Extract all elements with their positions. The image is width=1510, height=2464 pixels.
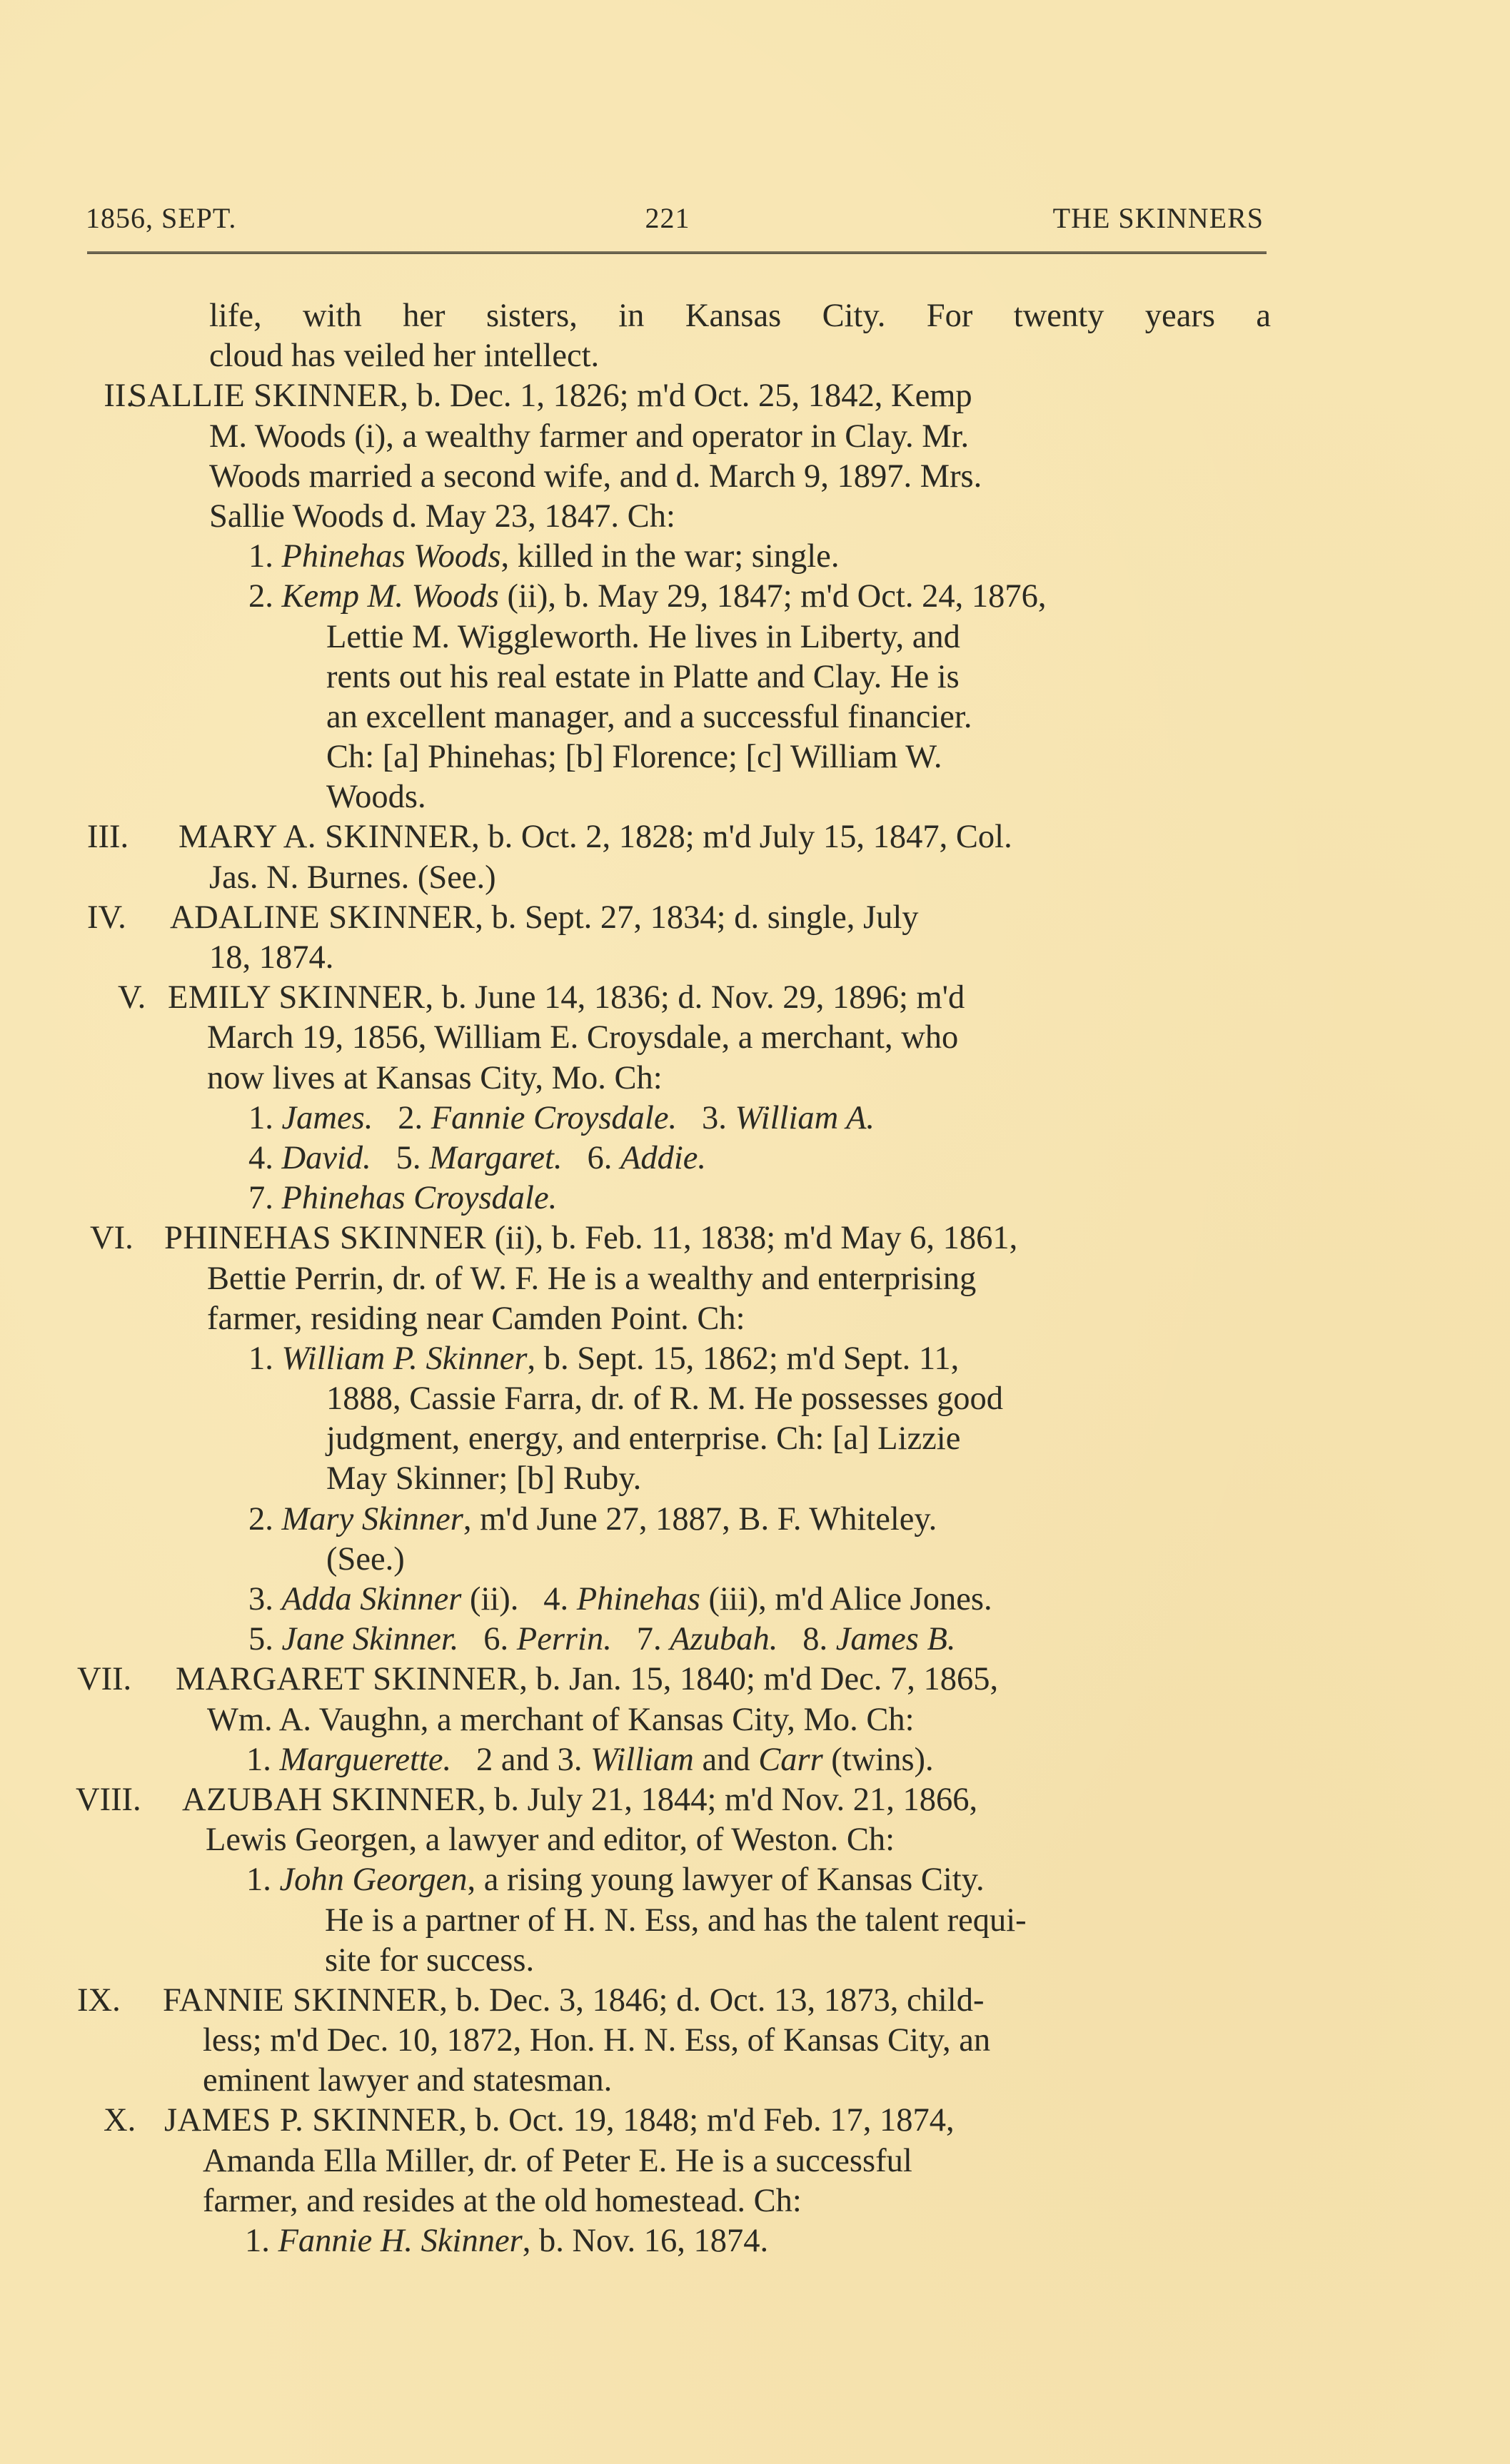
roman-numeral: VI. — [90, 1218, 134, 1258]
child-name: Carr — [758, 1742, 822, 1778]
text-line: Ch: [a] Phinehas; [b] Florence; [c] Will… — [0, 737, 1510, 777]
entry-heading: VI. PHINEHAS SKINNER (ii), b. Feb. 11, 1… — [0, 1218, 1510, 1258]
entry-heading: X. JAMES P. SKINNER, b. Oct. 19, 1848; m… — [0, 2101, 1510, 2141]
child-name: William P. Skinner — [282, 1340, 528, 1377]
child-name: Azubah. — [670, 1621, 777, 1657]
roman-numeral: VII. — [77, 1660, 131, 1700]
child-name: Margaret. — [429, 1140, 562, 1176]
text-line: Lettie M. Wiggleworth. He lives in Liber… — [0, 617, 1510, 657]
child-row: 1. Marguerette. 2 and 3. William and Car… — [0, 1740, 1510, 1780]
text-line: life, with her sisters, in Kansas City. … — [0, 296, 1271, 336]
roman-numeral: IX. — [77, 1981, 121, 2021]
text-line: Woods. — [0, 777, 1510, 817]
child-name: Fannie H. Skinner — [278, 2223, 523, 2259]
child-line: 1. Phinehas Woods, killed in the war; si… — [0, 537, 1510, 577]
text-line: farmer, residing near Camden Point. Ch: — [0, 1299, 1510, 1339]
text-line: 1888, Cassie Farra, dr. of R. M. He poss… — [0, 1379, 1510, 1419]
entry-heading: VIII. AZUBAH SKINNER, b. July 21, 1844; … — [0, 1780, 1510, 1820]
child-name: Phinehas Woods — [282, 538, 501, 575]
header-title: THE SKINNERS — [1053, 201, 1264, 235]
text-line: Woods married a second wife, and d. Marc… — [0, 457, 1510, 497]
child-name: Perrin. — [517, 1621, 612, 1657]
child-name: James. — [282, 1100, 373, 1136]
entry-heading: VII. MARGARET SKINNER, b. Jan. 15, 1840;… — [0, 1660, 1510, 1700]
person-name: FANNIE SKINNER — [163, 1982, 439, 2019]
child-row: 1. James. 2. Fannie Croysdale. 3. Willia… — [0, 1099, 1510, 1138]
page-number: 221 — [632, 201, 703, 235]
child-row: 3. Adda Skinner (ii). 4. Phinehas (iii),… — [0, 1580, 1510, 1620]
text-line: eminent lawyer and statesman. — [0, 2061, 1510, 2101]
child-line: 2. Kemp M. Woods (ii), b. May 29, 1847; … — [0, 577, 1510, 617]
child-name: Marguerette. — [280, 1742, 452, 1778]
text-line: now lives at Kansas City, Mo. Ch: — [0, 1059, 1510, 1099]
child-name: John Georgen — [280, 1862, 468, 1898]
child-name: Phinehas — [577, 1581, 700, 1617]
child-name: Addie. — [620, 1140, 706, 1176]
person-name: ADALINE SKINNER — [170, 899, 475, 936]
child-name: Adda Skinner — [282, 1581, 462, 1617]
child-line: 1. John Georgen, a rising young lawyer o… — [0, 1860, 1510, 1900]
person-name: MARY A. SKINNER — [178, 819, 471, 855]
text-line: less; m'd Dec. 10, 1872, Hon. H. N. Ess,… — [0, 2021, 1510, 2061]
text-line: Wm. A. Vaughn, a merchant of Kansas City… — [0, 1700, 1510, 1740]
person-name: MARGARET SKINNER — [176, 1661, 519, 1697]
text-line: March 19, 1856, William E. Croysdale, a … — [0, 1018, 1510, 1058]
person-name: JAMES P. SKINNER — [164, 2102, 458, 2139]
child-name: Mary Skinner — [282, 1501, 463, 1538]
person-name: PHINEHAS SKINNER — [164, 1220, 486, 1256]
entry-heading: V. EMILY SKINNER, b. June 14, 1836; d. N… — [0, 978, 1510, 1018]
header-date: 1856, SEPT. — [86, 201, 236, 235]
text-line: Jas. N. Burnes. (See.) — [0, 858, 1510, 898]
entry-heading: III. MARY A. SKINNER, b. Oct. 2, 1828; m… — [0, 817, 1510, 857]
child-name: David. — [282, 1140, 371, 1176]
child-line: 1. William P. Skinner, b. Sept. 15, 1862… — [0, 1339, 1510, 1379]
text-line: Lewis Georgen, a lawyer and editor, of W… — [0, 1820, 1510, 1860]
roman-numeral: VIII. — [76, 1780, 141, 1820]
child-row: 7. Phinehas Croysdale. — [0, 1178, 1510, 1218]
entry-heading: II. SALLIE SKINNER, b. Dec. 1, 1826; m'd… — [0, 376, 1510, 416]
text-line: May Skinner; [b] Ruby. — [0, 1459, 1510, 1499]
text-line: site for success. — [0, 1941, 1510, 1981]
text-line: farmer, and resides at the old homestead… — [0, 2181, 1510, 2221]
roman-numeral: IV. — [87, 898, 126, 938]
person-name: EMILY SKINNER — [168, 979, 425, 1016]
entry-heading: IX. FANNIE SKINNER, b. Dec. 3, 1846; d. … — [0, 1981, 1510, 2021]
text-line: Sallie Woods d. May 23, 1847. Ch: — [0, 497, 1510, 537]
child-name: Fannie Croysdale. — [431, 1100, 677, 1136]
child-row: 4. David. 5. Margaret. 6. Addie. — [0, 1138, 1510, 1178]
running-header: 1856, SEPT. 221 THE SKINNERS — [86, 201, 1264, 241]
text-line: M. Woods (i), a wealthy farmer and opera… — [0, 417, 1510, 457]
roman-numeral: X. — [104, 2101, 136, 2141]
roman-numeral: II. — [104, 376, 134, 416]
text-line: Bettie Perrin, dr. of W. F. He is a weal… — [0, 1259, 1510, 1299]
child-name: William — [590, 1742, 694, 1778]
text-line: (See.) — [0, 1540, 1510, 1580]
child-name: Jane Skinner. — [282, 1621, 459, 1657]
child-line: 2. Mary Skinner, m'd June 27, 1887, B. F… — [0, 1500, 1510, 1540]
child-name: Kemp M. Woods — [282, 578, 499, 615]
child-line: 1. Fannie H. Skinner, b. Nov. 16, 1874. — [0, 2221, 1510, 2261]
child-name: Phinehas Croysdale. — [282, 1180, 558, 1216]
text-line: cloud has veiled her intellect. — [0, 336, 1510, 376]
person-name: AZUBAH SKINNER — [182, 1782, 478, 1818]
child-name: William A. — [735, 1100, 875, 1136]
text-line: rents out his real estate in Platte and … — [0, 657, 1510, 697]
text-line: He is a partner of H. N. Ess, and has th… — [0, 1901, 1510, 1941]
roman-numeral: V. — [118, 978, 146, 1018]
text-line: 18, 1874. — [0, 938, 1510, 978]
child-row: 5. Jane Skinner. 6. Perrin. 7. Azubah. 8… — [0, 1620, 1510, 1660]
person-name: SALLIE SKINNER — [129, 378, 400, 414]
page-body: life, with her sisters, in Kansas City. … — [0, 296, 1510, 2261]
text-line: judgment, energy, and enterprise. Ch: [a… — [0, 1419, 1510, 1459]
child-name: James B. — [836, 1621, 956, 1657]
header-rule — [87, 251, 1267, 254]
roman-numeral: III. — [87, 817, 129, 857]
entry-heading: IV. ADALINE SKINNER, b. Sept. 27, 1834; … — [0, 898, 1510, 938]
text-line: Amanda Ella Miller, dr. of Peter E. He i… — [0, 2141, 1510, 2181]
text-line: an excellent manager, and a successful f… — [0, 697, 1510, 737]
